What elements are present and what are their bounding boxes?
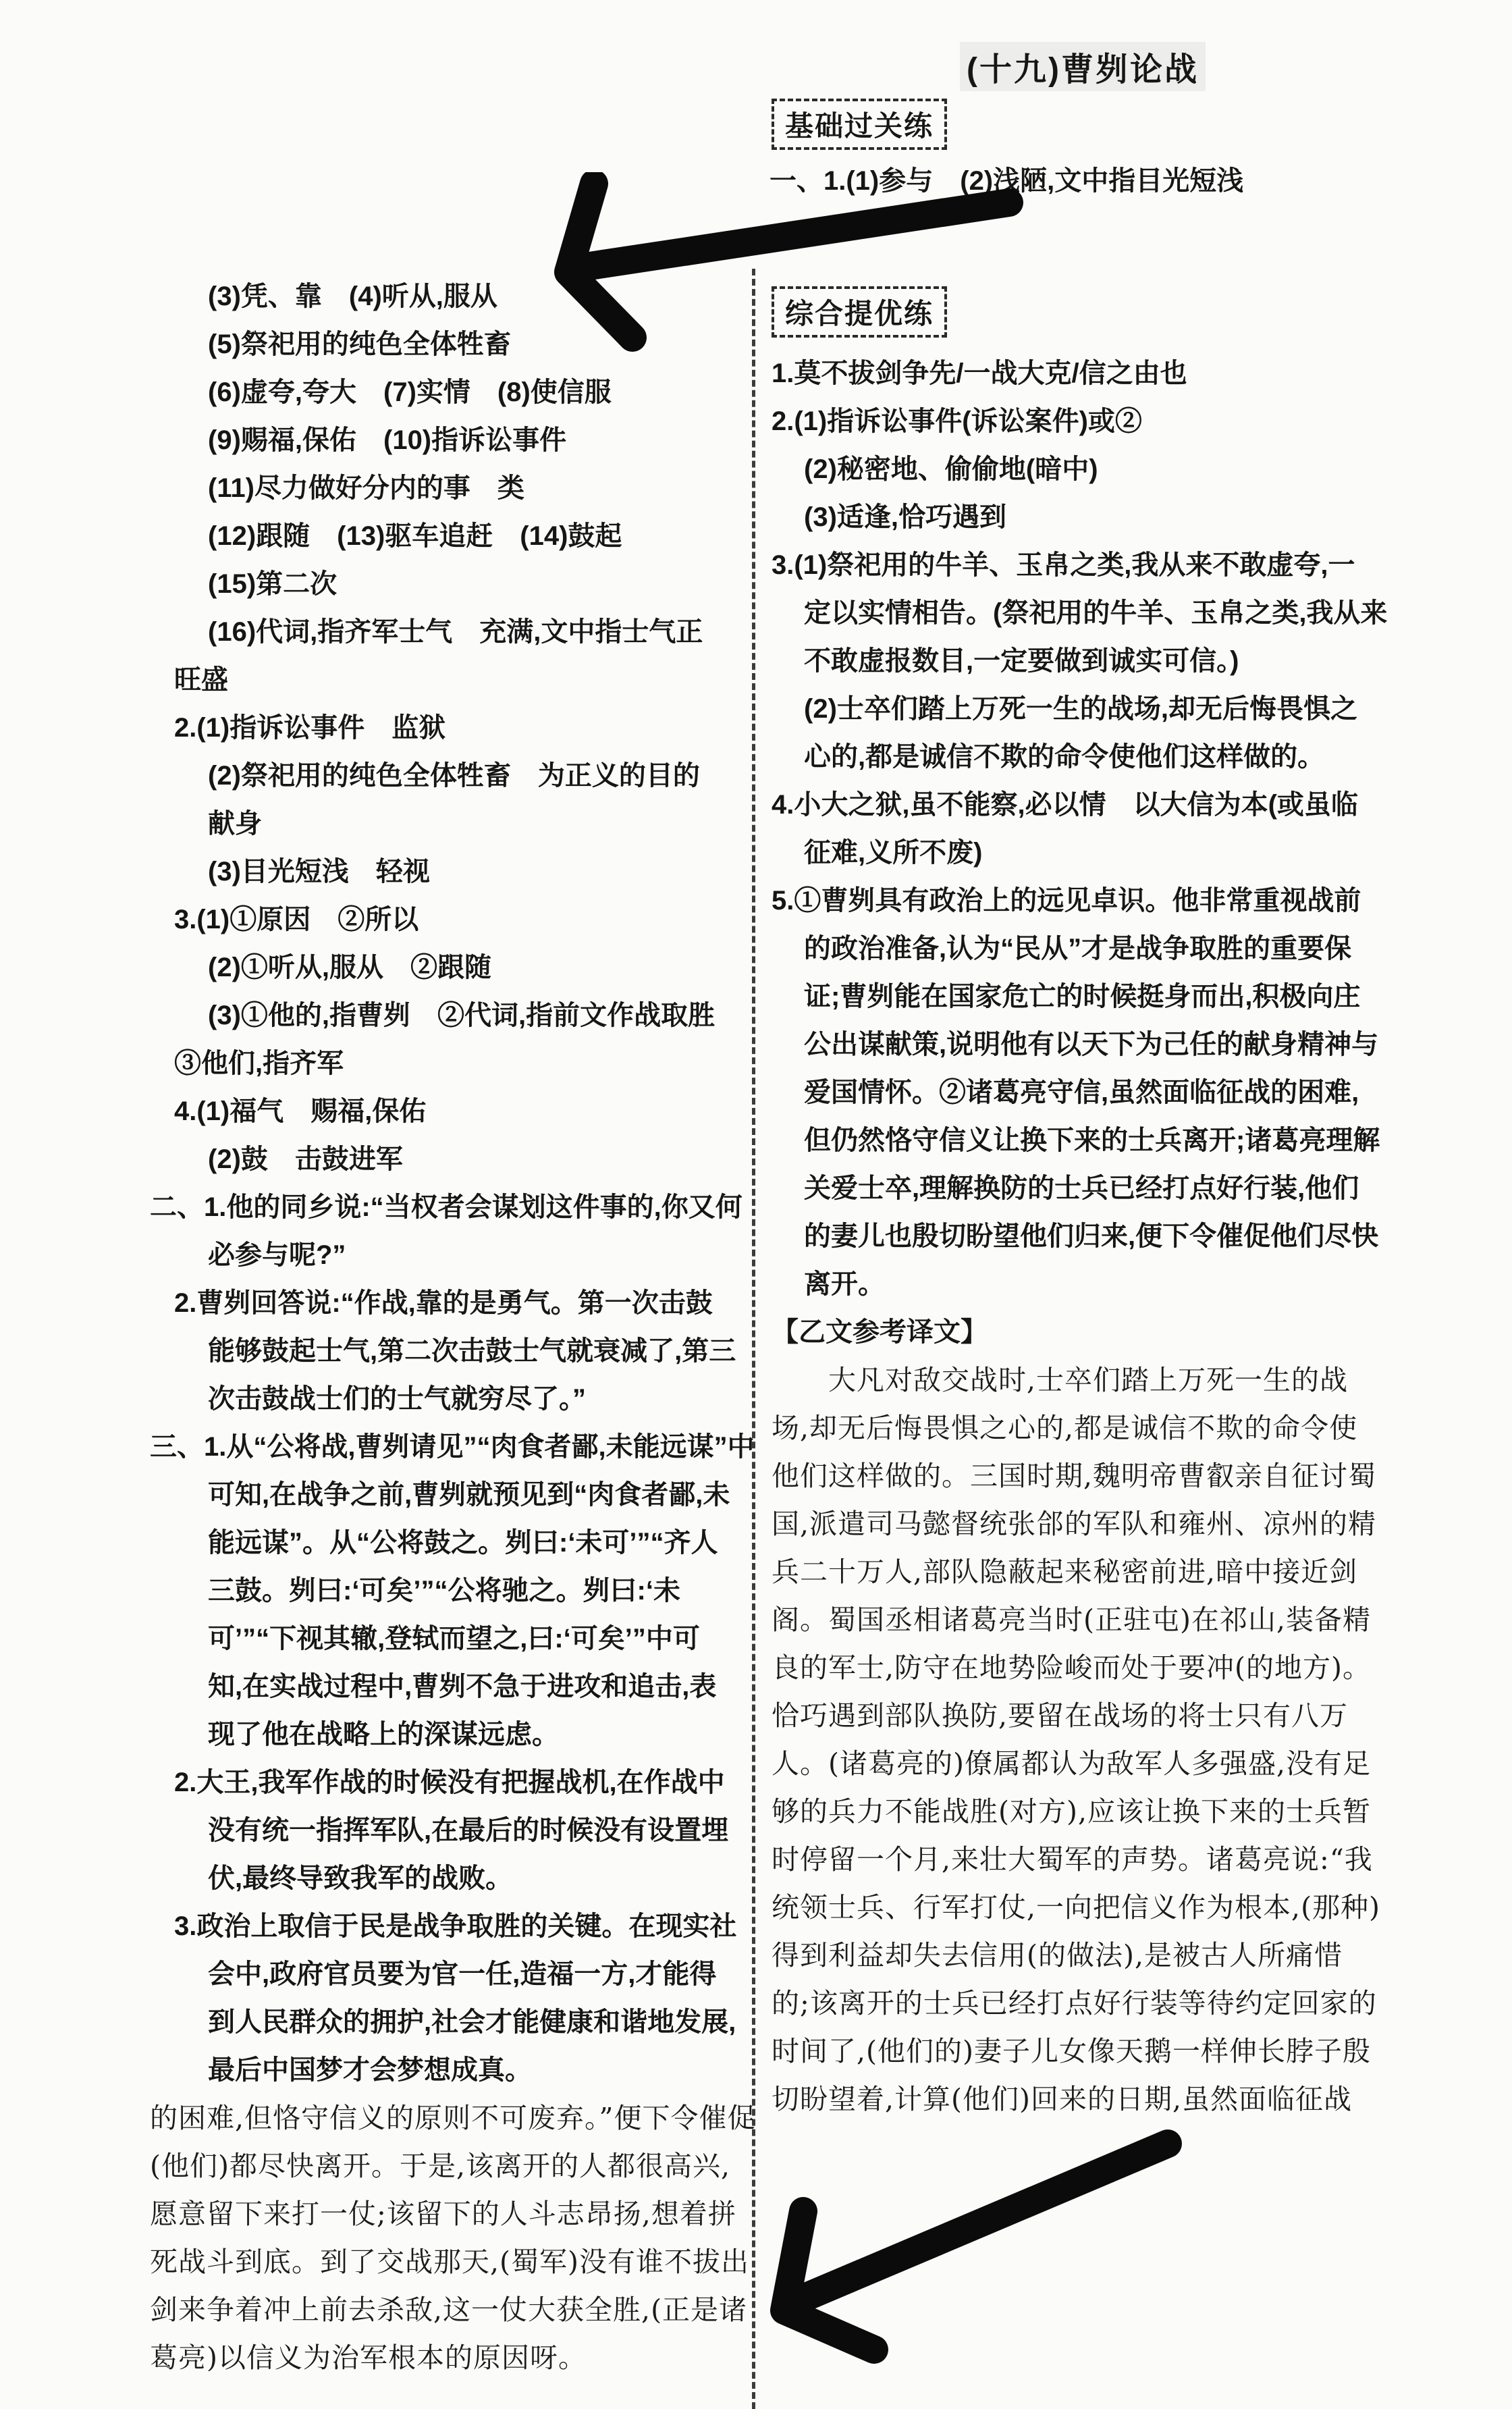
- text-line: 阁。蜀国丞相诸葛亮当时(正驻屯)在祁山,装备精: [772, 1596, 1497, 1644]
- text-line: 爱国情怀。②诸葛亮守信,虽然面临征战的困难,: [772, 1069, 1497, 1117]
- text-line: (9)赐福,保佑 (10)指诉讼事件: [150, 417, 744, 465]
- text-line: 知,在实战过程中,曹刿不急于进攻和追击,表: [150, 1663, 744, 1711]
- right-column-lines: 1.莫不拔剑争先/一战大克/信之由也2.(1)指诉讼事件(诉讼案件)或②(2)秘…: [772, 350, 1497, 2123]
- text-line: 5.①曹刿具有政治上的远见卓识。他非常重视战前: [772, 877, 1497, 925]
- text-line: 能够鼓起士气,第二次击鼓士气就衰减了,第三: [150, 1327, 744, 1375]
- text-line: 的;该离开的士兵已经打点好行装等待约定回家的: [772, 1980, 1497, 2028]
- page-title: (十九)曹刿论战: [960, 42, 1206, 91]
- text-line: 现了他在战略上的深谋远虑。: [150, 1711, 744, 1759]
- section-header-basic: 基础过关练: [772, 99, 947, 150]
- text-line: 统领士兵、行军打仗,一向把信义作为根本,(那种): [772, 1884, 1497, 1932]
- text-line: (16)代词,指齐军士气 充满,文中指士气正: [150, 608, 744, 656]
- column-divider: [752, 269, 755, 2409]
- text-line: 献身: [150, 800, 744, 848]
- text-line: 2.(1)指诉讼事件 监狱: [150, 704, 744, 752]
- text-line: 4.(1)福气 赐福,保佑: [150, 1088, 744, 1136]
- text-line: 他们这样做的。三国时期,魏明帝曹叡亲自征讨蜀: [772, 1452, 1497, 1500]
- text-line: 3.(1)①原因 ②所以: [150, 896, 744, 944]
- text-line: (11)尽力做好分内的事 类: [150, 465, 744, 512]
- text-line: (2)秘密地、偷偷地(暗中): [772, 446, 1497, 494]
- text-line: 会中,政府官员要为官一任,造福一方,才能得: [150, 1951, 744, 1998]
- text-line: 的妻儿也殷切盼望他们归来,便下令催促他们尽快: [772, 1213, 1497, 1261]
- text-line: 最后中国梦才会梦想成真。: [150, 2046, 744, 2094]
- left-column: (3)凭、靠 (4)听从,服从(5)祭祀用的纯色全体牲畜(6)虚夸,夸大 (7)…: [150, 273, 744, 2382]
- text-line: 4.小大之狱,虽不能察,必以情 以大信为本(或虽临: [772, 781, 1497, 829]
- text-line: 场,却无后悔畏惧之心的,都是诚信不欺的命令使: [772, 1404, 1497, 1452]
- text-line: 能远谋”。从“公将鼓之。刿曰:‘未可’”“齐人: [150, 1519, 744, 1567]
- text-line: 二、1.他的同乡说:“当权者会谋划这件事的,你又何: [150, 1184, 744, 1232]
- text-line: 次击鼓战士们的士气就穷尽了。”: [150, 1375, 744, 1423]
- text-line: 恰巧遇到部队换防,要留在战场的将士只有八万: [772, 1692, 1497, 1740]
- workbook-answer-page: (十九)曹刿论战 基础过关练 一、1.(1)参与 (2)浅陋,文中指目光短浅 (…: [0, 0, 1512, 2409]
- text-line: (3)目光短浅 轻视: [150, 848, 744, 896]
- text-line: 国,派遣司马懿督统张郃的军队和雍州、凉州的精: [772, 1500, 1497, 1548]
- text-line: (3)适逢,恰巧遇到: [772, 494, 1497, 541]
- text-line: 心的,都是诚信不欺的命令使他们这样做的。: [772, 733, 1497, 781]
- text-line: 可知,在战争之前,曹刿就预见到“肉食者鄙,未: [150, 1471, 744, 1519]
- text-line: 离开。: [772, 1261, 1497, 1308]
- text-line: 愿意留下来打一仗;该留下的人斗志昂扬,想着拼: [150, 2190, 744, 2238]
- text-line: (5)祭祀用的纯色全体牲畜: [150, 321, 744, 369]
- right-column: 综合提优练 1.莫不拔剑争先/一战大克/信之由也2.(1)指诉讼事件(诉讼案件)…: [772, 286, 1497, 2123]
- text-line: 但仍然恪守信义让换下来的士兵离开;诸葛亮理解: [772, 1117, 1497, 1165]
- text-line: 够的兵力不能战胜(对方),应该让换下来的士兵暂: [772, 1788, 1497, 1836]
- text-line: 旺盛: [150, 656, 744, 704]
- text-line: (2)鼓 击鼓进军: [150, 1136, 744, 1184]
- text-line: 关爱士卒,理解换防的士兵已经打点好行装,他们: [772, 1165, 1497, 1213]
- text-line: 人。(诸葛亮的)僚属都认为敌军人多强盛,没有足: [772, 1740, 1497, 1788]
- text-line: (15)第二次: [150, 560, 744, 608]
- text-line: 2.曹刿回答说:“作战,靠的是勇气。第一次击鼓: [150, 1279, 744, 1327]
- text-line: 定以实情相告。(祭祀用的牛羊、玉帛之类,我从来: [772, 589, 1497, 637]
- text-line: 得到利益却失去信用(的做法),是被古人所痛惜: [772, 1932, 1497, 1980]
- text-line: 死战斗到底。到了交战那天,(蜀军)没有谁不拔出: [150, 2238, 744, 2286]
- text-line: 三鼓。刿曰:‘可矣’”“公将驰之。刿曰:‘未: [150, 1567, 744, 1615]
- text-line: (3)凭、靠 (4)听从,服从: [150, 273, 744, 321]
- text-line: 剑来争着冲上前去杀敌,这一仗大获全胜,(正是诸: [150, 2286, 744, 2334]
- text-line: 葛亮)以信义为治军根本的原因呀。: [150, 2334, 744, 2382]
- text-line: 时间了,(他们的)妻子儿女像天鹅一样伸长脖子殷: [772, 2028, 1497, 2075]
- text-line: 可’”“下视其辙,登轼而望之,曰:‘可矣’”中可: [150, 1615, 744, 1663]
- text-line: 必参与呢?”: [150, 1232, 744, 1279]
- text-line: (6)虚夸,夸大 (7)实情 (8)使信服: [150, 369, 744, 417]
- text-line: 的困难,但恪守信义的原则不可废弃。”便下令催促: [150, 2094, 744, 2142]
- section-header-comprehensive: 综合提优练: [772, 286, 947, 338]
- text-line: 的政治准备,认为“民从”才是战争取胜的重要保: [772, 925, 1497, 973]
- text-line: 【乙文参考译文】: [772, 1308, 1497, 1356]
- text-line: (12)跟随 (13)驱车追赶 (14)鼓起: [150, 512, 744, 560]
- text-line: 1.莫不拔剑争先/一战大克/信之由也: [772, 350, 1497, 398]
- text-line: 征难,义所不废): [772, 829, 1497, 877]
- text-line: 3.政治上取信于民是战争取胜的关键。在现实社: [150, 1903, 744, 1951]
- text-line: (2)祭祀用的纯色全体牲畜 为正义的目的: [150, 752, 744, 800]
- text-line: 2.(1)指诉讼事件(诉讼案件)或②: [772, 398, 1497, 446]
- text-line: ③他们,指齐军: [150, 1040, 744, 1088]
- text-line: 三、1.从“公将战,曹刿请见”“肉食者鄙,未能远谋”中: [150, 1423, 744, 1471]
- text-line: 时停留一个月,来壮大蜀军的声势。诸葛亮说:“我: [772, 1836, 1497, 1884]
- text-line: 良的军士,防守在地势险峻而处于要冲(的地方)。: [772, 1644, 1497, 1692]
- down-left-arrow-icon: [756, 2127, 1201, 2370]
- text-line: 公出谋献策,说明他有以天下为己任的献身精神与: [772, 1021, 1497, 1069]
- text-line: 3.(1)祭祀用的牛羊、玉帛之类,我从来不敢虚夸,一: [772, 541, 1497, 589]
- text-line: (他们)都尽快离开。于是,该离开的人都很高兴,: [150, 2142, 744, 2190]
- text-line: (3)①他的,指曹刿 ②代词,指前文作战取胜: [150, 992, 744, 1040]
- text-line: 到人民群众的拥护,社会才能健康和谐地发展,: [150, 1998, 744, 2046]
- text-line: 切盼望着,计算(他们)回来的日期,虽然面临征战: [772, 2075, 1497, 2123]
- text-line: 兵二十万人,部队隐蔽起来秘密前进,暗中接近剑: [772, 1548, 1497, 1596]
- text-line: 伏,最终导致我军的战败。: [150, 1855, 744, 1903]
- text-line: 2.大王,我军作战的时候没有把握战机,在作战中: [150, 1759, 744, 1807]
- text-line: 不敢虚报数目,一定要做到诚实可信。): [772, 637, 1497, 685]
- text-line: 证;曹刿能在国家危亡的时候挺身而出,积极向庄: [772, 973, 1497, 1021]
- text-line: 大凡对敌交战时,士卒们踏上万死一生的战: [772, 1356, 1497, 1404]
- text-line: (2)士卒们踏上万死一生的战场,却无后悔畏惧之: [772, 685, 1497, 733]
- text-line: (2)①听从,服从 ②跟随: [150, 944, 744, 992]
- text-line: 没有统一指挥军队,在最后的时候没有设置埋: [150, 1807, 744, 1855]
